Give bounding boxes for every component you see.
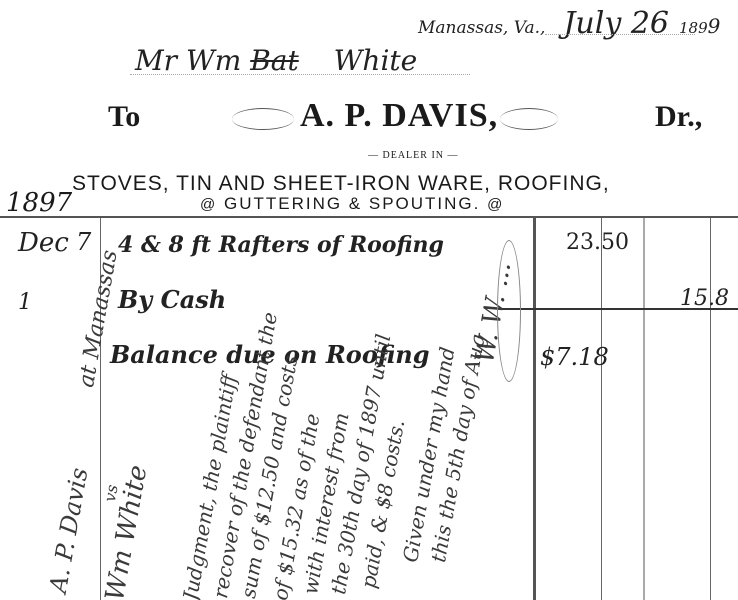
- row2-credit: 15.8: [680, 286, 729, 311]
- ledger-top-rule: [0, 216, 738, 218]
- dealer-in-label: — DEALER IN —: [368, 150, 459, 161]
- column-divider-credit: [643, 218, 645, 600]
- goods-line-2-text: GUTTERING & SPOUTING.: [224, 194, 480, 213]
- year-handwritten: 9: [708, 14, 721, 38]
- row1-day: 7: [76, 228, 91, 256]
- row1-month: Dec: [18, 228, 69, 258]
- scroll-ornament-left: @: [200, 196, 217, 213]
- date-dotted-line: [545, 34, 695, 35]
- merchant-name: A. P. DAVIS,: [300, 97, 498, 135]
- column-divider-right: [710, 218, 711, 600]
- place-date: Manassas, Va., July 26 1899: [418, 6, 720, 41]
- customer-struck-name: Bat: [250, 44, 299, 77]
- customer-dotted-line: [130, 74, 470, 75]
- date-handwritten: July 26: [563, 6, 669, 41]
- place-label: Manassas, Va.,: [418, 18, 545, 38]
- docket-plaintiff: A. P. Davis: [44, 466, 93, 595]
- goods-line-1: STOVES, TIN AND SHEET-IRON WARE, ROOFING…: [72, 172, 610, 196]
- dr-label: Dr.,: [655, 100, 702, 134]
- row2-description: By Cash: [118, 285, 226, 314]
- row1-description: 4 & 8 ft Rafters of Roofing: [118, 232, 444, 258]
- to-label: To: [108, 100, 140, 134]
- signature-oval: [497, 240, 521, 382]
- scroll-ornament-right: @: [487, 196, 504, 213]
- right-flourish-ornament: [500, 108, 558, 130]
- customer-name: White: [334, 44, 418, 77]
- row2-day: 1: [18, 290, 32, 315]
- row1-amount: 23.50: [566, 230, 629, 255]
- customer-prefix: Mr Wm: [135, 44, 241, 77]
- column-divider-cents: [601, 218, 602, 600]
- left-flourish-ornament: [232, 108, 294, 130]
- column-divider-amount-left: [533, 218, 536, 600]
- customer-line: Mr Wm Bat White: [135, 44, 417, 77]
- row3-amount: $7.18: [540, 343, 609, 371]
- goods-line-2: @ GUTTERING & SPOUTING. @: [200, 194, 504, 214]
- ledger-year: 1897: [6, 188, 72, 218]
